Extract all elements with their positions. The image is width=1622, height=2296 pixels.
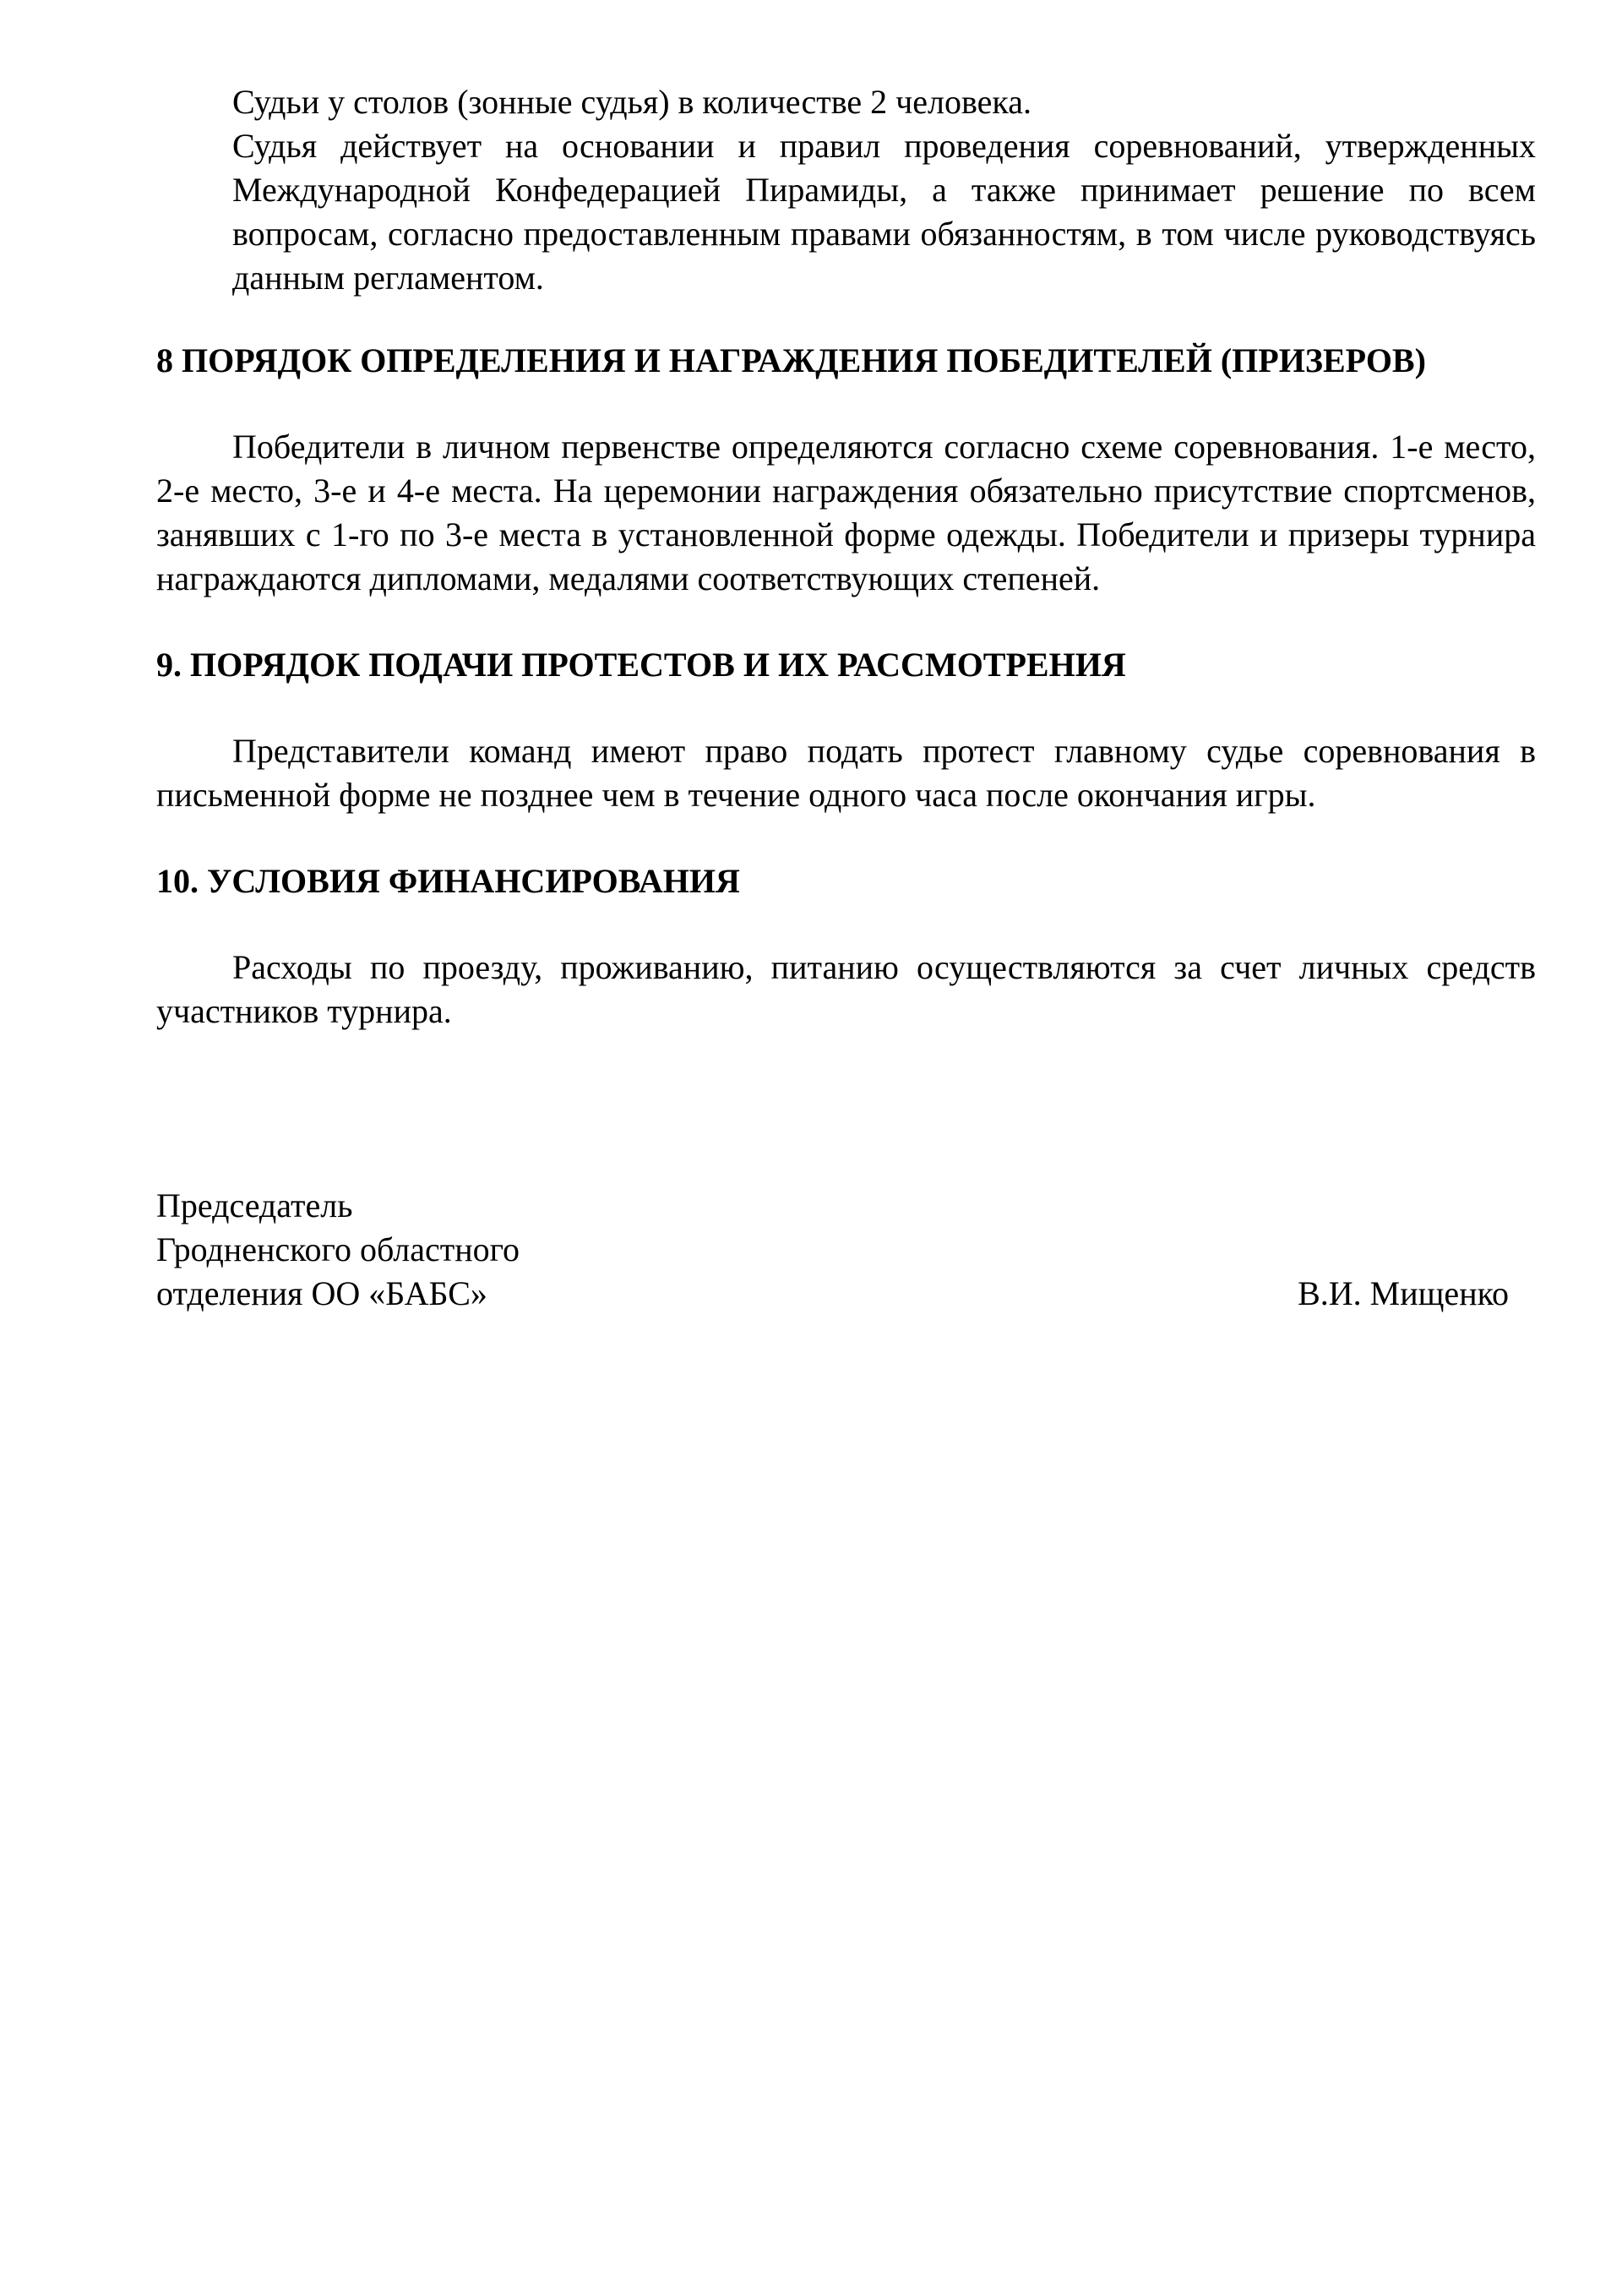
signatory-name: В.И. Мищенко <box>1298 1272 1509 1316</box>
section-9-heading: 9. ПОРЯДОК ПОДАЧИ ПРОТЕСТОВ И ИХ РАССМОТ… <box>156 643 1536 687</box>
document-page: Судьи у столов (зонные судья) в количест… <box>156 80 1536 1316</box>
section-8-body: Победители в личном первенстве определяю… <box>156 425 1536 601</box>
signature-block: Председатель Гродненского областного отд… <box>156 1184 1536 1316</box>
judges-count-text: Судьи у столов (зонные судья) в количест… <box>232 80 1536 124</box>
judges-rules-text: Судья действует на основании и правил пр… <box>232 124 1536 300</box>
section-10-heading: 10. УСЛОВИЯ ФИНАНСИРОВАНИЯ <box>156 859 1536 903</box>
signature-title: Председатель <box>156 1184 1536 1228</box>
judges-block: Судьи у столов (зонные судья) в количест… <box>156 80 1536 300</box>
signature-org-line: Гродненского областного <box>156 1228 1536 1272</box>
section-9-body: Представители команд имеют право подать … <box>156 729 1536 817</box>
section-10-body: Расходы по проезду, проживанию, питанию … <box>156 946 1536 1033</box>
section-8-heading: 8 ПОРЯДОК ОПРЕДЕЛЕНИЯ И НАГРАЖДЕНИЯ ПОБЕ… <box>156 339 1536 383</box>
